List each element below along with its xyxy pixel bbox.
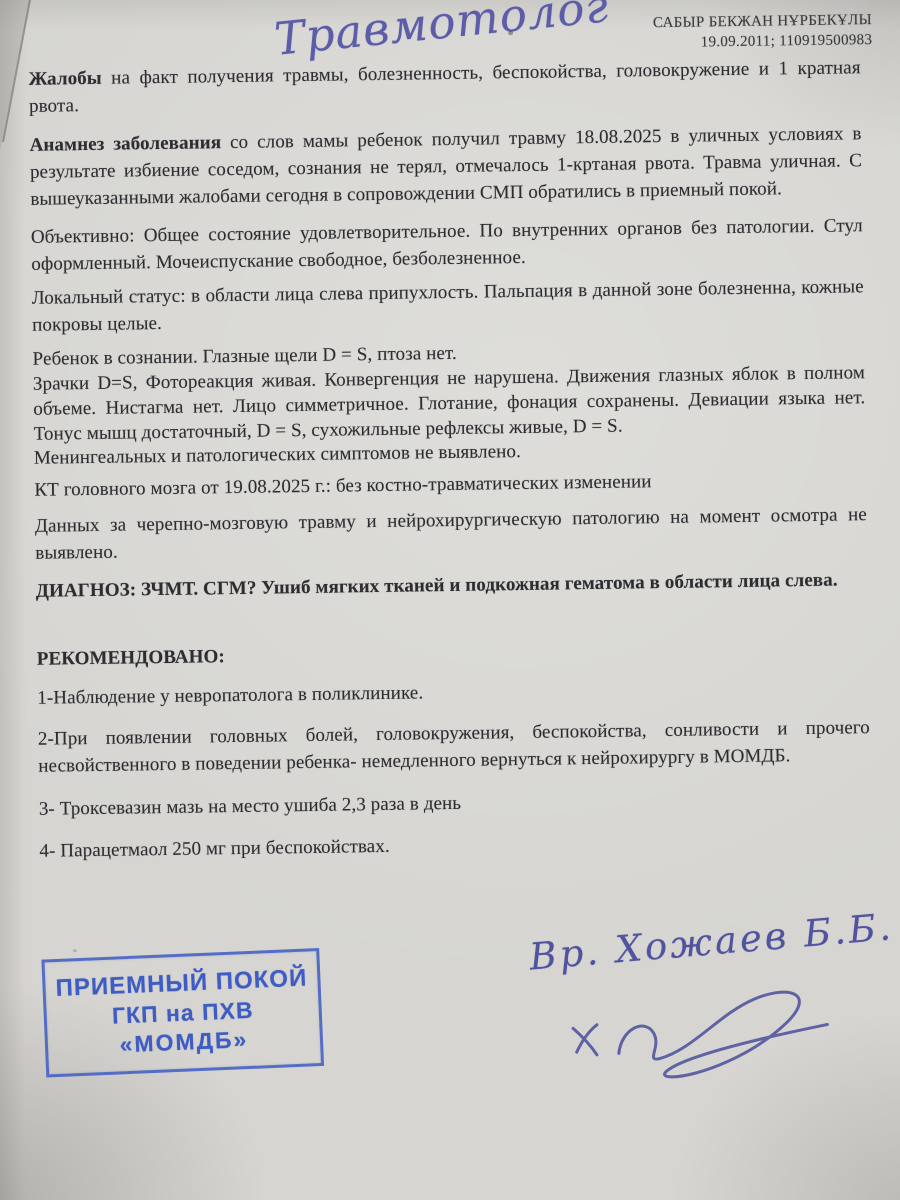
paragraph-complaints: Жалобы на факт получения травмы, болезне… xyxy=(29,54,862,120)
paragraph-neuro-exam-body: Зрачки D=S, Фотореакция живая. Конверген… xyxy=(33,360,866,447)
paragraph-text: Зрачки D=S, Фотореакция живая. Конверген… xyxy=(33,362,866,445)
paragraph-text: КТ головного мозга от 19.08.2025 г.: без… xyxy=(34,471,651,501)
paragraph-anamnesis: Анамнез заболевания со слов мамы ребенок… xyxy=(29,120,862,213)
paragraph-objective-status: Объективно: Общее состояние удовлетворит… xyxy=(31,212,864,278)
paragraph-diagnosis: ДИАГНОЗ: ЗЧМТ. СГМ? Ушиб мягких тканей и… xyxy=(36,566,868,605)
paragraph-text: 4- Парацетмаол 250 мг при беспокойствах. xyxy=(39,836,390,862)
stamp-line-1: ПРИЕМНЫЙ ПОКОЙ xyxy=(55,965,308,1004)
paper-speck xyxy=(508,31,513,35)
paragraph-lead: ДИАГНОЗ: ЗЧМТ. СГМ? Ушиб мягких тканей и… xyxy=(36,570,838,602)
paragraph-text: 2-При появлении головных болей, головокр… xyxy=(38,717,870,777)
paragraph-text: Ребенок в сознании. Глазные щели D = S, … xyxy=(32,343,456,370)
stamp-line-3: «МОМДБ» xyxy=(119,1026,249,1058)
reception-stamp: ПРИЕМНЫЙ ПОКОЙ ГКП на ПХВ «МОМДБ» xyxy=(41,948,324,1078)
patient-header-block: САБЫР БЕКЖАН НҰРБЕКҰЛЫ 19.09.2011; 11091… xyxy=(653,10,873,53)
paragraph-lead: Жалобы xyxy=(29,68,102,90)
paragraph-ct-result: КТ головного мозга от 19.08.2025 г.: без… xyxy=(34,465,866,504)
paragraph-lead: Анамнез заболевания xyxy=(29,132,221,156)
recommendation-3: 3- Троксевазин мазь на место ушиба 2,3 р… xyxy=(39,784,871,823)
recommendation-2: 2-При появлении головных болей, головокр… xyxy=(38,714,871,780)
paragraph-text: 3- Троксевазин мазь на место ушиба 2,3 р… xyxy=(39,793,462,820)
photographed-medical-document: { "colors":{ "paper":"#d6d5d1", "ink":"#… xyxy=(0,0,900,1200)
doctor-handwritten-name: Вр. Хожаев Б.Б. xyxy=(528,905,896,978)
paragraph-lead: РЕКОМЕНДОВАНО: xyxy=(37,646,225,670)
recommendation-4: 4- Парацетмаол 250 мг при беспокойствах. xyxy=(39,826,871,865)
paragraph-text: Локальный статус: в области лица слева п… xyxy=(32,276,864,336)
paragraph-local-status: Локальный статус: в области лица слева п… xyxy=(32,273,865,339)
patient-dob-id: 19.09.2011; 110919500983 xyxy=(653,30,872,53)
stamp-line-2: ГКП на ПХВ xyxy=(111,997,254,1030)
paragraph-text: Данных за черепно-мозговую травму и нейр… xyxy=(35,504,867,564)
recommendation-1: 1-Наблюдение у невропатолога в поликлини… xyxy=(37,673,869,712)
document-content: Травмотолог САБЫР БЕКЖАН НҰРБЕКҰЛЫ 19.09… xyxy=(0,0,900,1200)
paragraph-text: 1-Наблюдение у невропатолога в поликлини… xyxy=(37,682,423,708)
paragraph-text: Объективно: Общее состояние удовлетворит… xyxy=(31,215,863,275)
paragraph-text: на факт получения травмы, болезненность,… xyxy=(29,57,861,117)
paragraph-text: Менингеальных и патологических симптомов… xyxy=(34,441,521,469)
handwritten-title: Травмотолог xyxy=(272,0,611,66)
paper-speck xyxy=(73,949,77,952)
doctor-signature-stroke xyxy=(561,982,893,1097)
paragraph-conclusion: Данных за черепно-мозговую травму и нейр… xyxy=(35,501,868,567)
paragraph-recommended-heading: РЕКОМЕНДОВАНО: xyxy=(37,634,869,673)
